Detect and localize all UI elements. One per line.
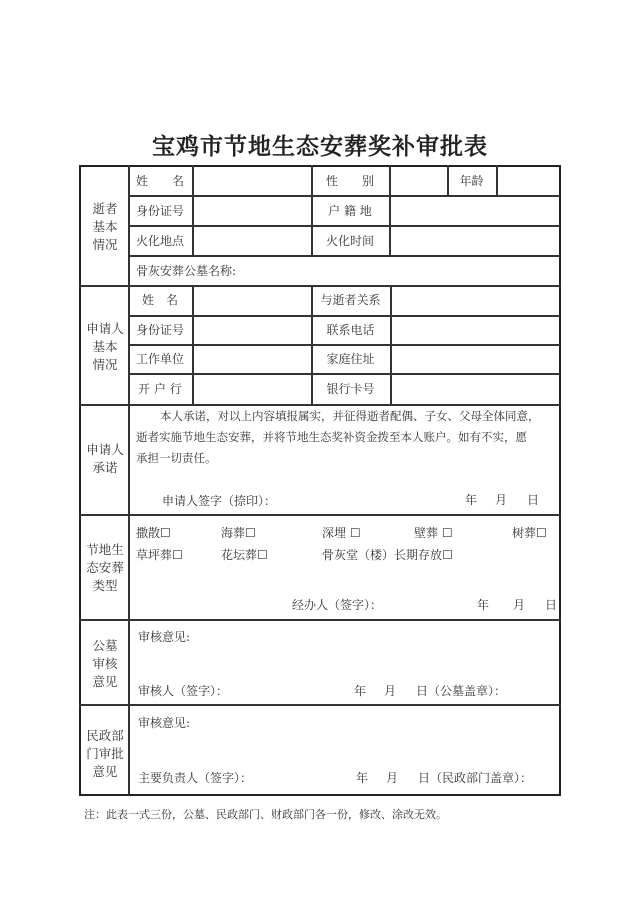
address-field[interactable] — [392, 347, 557, 372]
pledge-month: 月 — [495, 493, 507, 507]
deceased-name-label: 姓 名 — [128, 174, 192, 188]
cemetery-opinion-label: 审核意见: — [138, 630, 190, 644]
deceased-domicile-field[interactable] — [391, 198, 557, 224]
bank-field[interactable] — [194, 376, 309, 402]
applicant-name-field[interactable] — [194, 288, 309, 314]
civil-month: 月 — [386, 771, 398, 785]
cremation-time-field[interactable] — [391, 228, 557, 254]
option-scatter-checkbox[interactable]: 撒散☐ — [136, 526, 171, 540]
pledge-line: 本人承诺，对以上内容填报属实，并征得逝者配偶、子女、父母全体同意， — [136, 406, 556, 427]
table-border-right — [559, 165, 561, 796]
option-flowerbed-burial-checkbox[interactable]: 花坛葬☐ — [221, 548, 268, 562]
label-line: 意见 — [81, 763, 129, 781]
label-line: 审核 — [81, 655, 129, 673]
option-columbarium-checkbox[interactable]: 骨灰堂（楼）长期存放☐ — [322, 548, 453, 562]
burial-month: 月 — [513, 598, 525, 612]
bank-label: 开 户 行 — [128, 382, 192, 396]
divider — [79, 514, 561, 516]
deceased-gender-label: 性 别 — [311, 174, 389, 188]
section-label-deceased: 逝者 基本 情况 — [81, 200, 129, 254]
cremation-time-label: 火化时间 — [311, 234, 389, 248]
civil-day-seal: 日（民政部门盖章）： — [418, 771, 532, 785]
applicant-signature-label: 申请人签字（捺印）： — [162, 494, 276, 508]
section-label-pledge: 申请人 承诺 — [81, 441, 129, 477]
civil-leader-signature-label: 主要负责人（签字）： — [138, 771, 252, 785]
burial-day: 日 — [545, 598, 557, 612]
label-line: 节地生 — [81, 541, 129, 559]
employer-label: 工作单位 — [128, 352, 192, 366]
form-title: 宝鸡市节地生态安葬奖补审批表 — [0, 128, 640, 161]
phone-field[interactable] — [392, 318, 557, 343]
deceased-domicile-label: 户 籍 地 — [311, 204, 389, 218]
employer-field[interactable] — [194, 347, 309, 372]
label-line: 逝者 — [81, 200, 129, 218]
section-label-burial-type: 节地生 态安葬 类型 — [81, 541, 129, 595]
cemetery-name-label: 骨灰安葬公墓名称: — [136, 264, 236, 278]
option-deep-burial-checkbox[interactable]: 深埋 ☐ — [322, 526, 361, 540]
burial-year: 年 — [477, 598, 489, 612]
applicant-name-label: 姓 名 — [128, 293, 192, 307]
option-tree-burial-checkbox[interactable]: 树葬☐ — [512, 526, 547, 540]
civil-opinion-label: 审核意见: — [138, 716, 190, 730]
card-label: 银行卡号 — [311, 382, 390, 396]
cremation-place-field[interactable] — [194, 228, 309, 254]
cemetery-name-field[interactable] — [250, 258, 555, 284]
handler-signature-label: 经办人（签字）： — [292, 598, 382, 612]
cemetery-month: 月 — [384, 684, 396, 698]
deceased-age-label: 年龄 — [447, 174, 496, 188]
pledge-line: 逝者实施节地生态安葬，并将节地生态奖补资金拨至本人账户。如有不实，愿 — [136, 427, 556, 448]
applicant-id-label: 身份证号 — [128, 323, 192, 337]
table-border-left — [79, 165, 81, 796]
label-line: 基本 — [81, 218, 129, 236]
option-sea-burial-checkbox[interactable]: 海葬☐ — [221, 526, 256, 540]
section-label-applicant: 申请人 基本 情况 — [81, 320, 129, 374]
applicant-id-field[interactable] — [194, 318, 309, 343]
pledge-line: 承担一切责任。 — [136, 448, 556, 469]
divider — [79, 704, 561, 706]
table-border-top — [79, 165, 561, 167]
option-wall-burial-checkbox[interactable]: 壁葬 ☐ — [414, 526, 453, 540]
pledge-year: 年 — [465, 493, 477, 507]
label-line: 态安葬 — [81, 559, 129, 577]
label-line: 民政部 — [81, 727, 129, 745]
pledge-text: 本人承诺，对以上内容填报属实，并征得逝者配偶、子女、父母全体同意， 逝者实施节地… — [136, 406, 556, 469]
footnote: 注：此表一式三份，公墓、民政部门、财政部门各一份，修改、涂改无效。 — [84, 806, 447, 822]
deceased-age-field[interactable] — [498, 168, 558, 194]
civil-year: 年 — [356, 771, 368, 785]
label-line: 意见 — [81, 673, 129, 691]
label-line: 情况 — [81, 236, 129, 254]
deceased-name-field[interactable] — [194, 168, 309, 194]
divider — [79, 619, 561, 621]
relation-field[interactable] — [392, 288, 557, 314]
address-label: 家庭住址 — [311, 352, 390, 366]
label-line: 公墓 — [81, 637, 129, 655]
phone-label: 联系电话 — [311, 323, 390, 337]
section-label-cemetery-review: 公墓 审核 意见 — [81, 637, 129, 691]
label-line: 申请人 — [81, 320, 129, 338]
label-line: 类型 — [81, 577, 129, 595]
label-line: 申请人 — [81, 441, 129, 459]
cremation-place-label: 火化地点 — [128, 234, 192, 248]
card-field[interactable] — [392, 376, 557, 402]
section-label-civil-review: 民政部 门审批 意见 — [81, 727, 129, 781]
label-line: 情况 — [81, 356, 129, 374]
deceased-gender-field[interactable] — [391, 168, 445, 194]
deceased-id-label: 身份证号 — [128, 204, 192, 218]
option-lawn-burial-checkbox[interactable]: 草坪葬☐ — [136, 548, 183, 562]
cemetery-reviewer-label: 审核人（签字）： — [138, 684, 228, 698]
label-line: 承诺 — [81, 459, 129, 477]
pledge-day: 日 — [527, 493, 539, 507]
relation-label: 与逝者关系 — [311, 293, 390, 307]
divider — [79, 285, 561, 287]
divider — [128, 165, 130, 795]
cemetery-day-seal: 日（公墓盖章）： — [416, 684, 506, 698]
divider — [128, 255, 560, 257]
table-border-bottom — [79, 794, 561, 796]
deceased-id-field[interactable] — [194, 198, 309, 224]
cemetery-year: 年 — [354, 684, 366, 698]
label-line: 基本 — [81, 338, 129, 356]
label-line: 门审批 — [81, 745, 129, 763]
